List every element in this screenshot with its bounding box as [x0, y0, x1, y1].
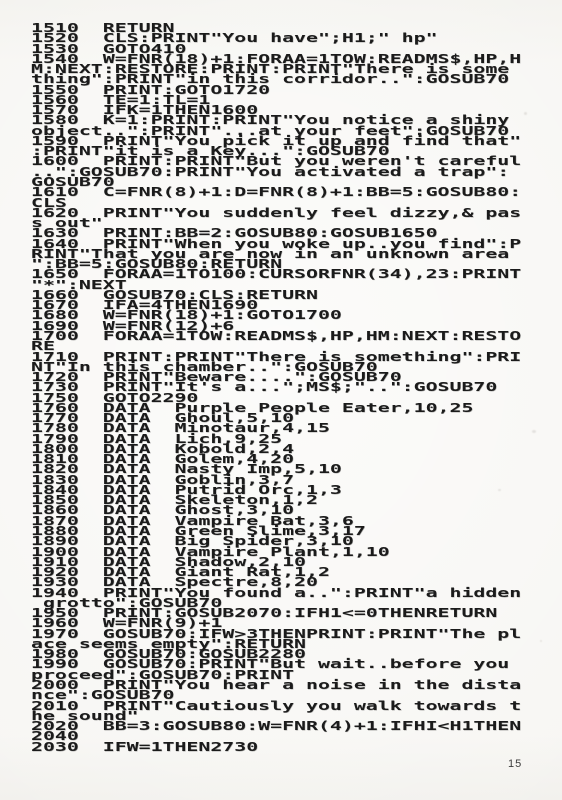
page-number: 15 — [508, 758, 522, 770]
scan-speck — [540, 640, 542, 642]
code-line: 1700 FORAA=1TOW:READMS$,HP,HM:NEXT:RESTO — [31, 331, 521, 341]
scan-speck — [498, 489, 501, 491]
code-listing: 1510 RETURN1520 CLS:PRINT"You have";H1;"… — [31, 23, 521, 752]
code-line: 2020 BB=3:GOSUB80:W=FNR(4)+1:IFHI<H1THEN — [31, 721, 521, 731]
scanned-page: 1510 RETURN1520 CLS:PRINT"You have";H1;"… — [0, 0, 562, 800]
code-line: 1610 C=FNR(8)+1:D=FNR(8)+1:BB=5:GOSUB80: — [31, 187, 521, 197]
scan-speck — [532, 430, 536, 433]
scan-speck — [524, 112, 527, 115]
code-line: 1620 PRINT"You suddenly feel dizzy,& pas — [31, 208, 521, 218]
code-line: 2030 IFW=1THEN2730 — [31, 742, 521, 752]
